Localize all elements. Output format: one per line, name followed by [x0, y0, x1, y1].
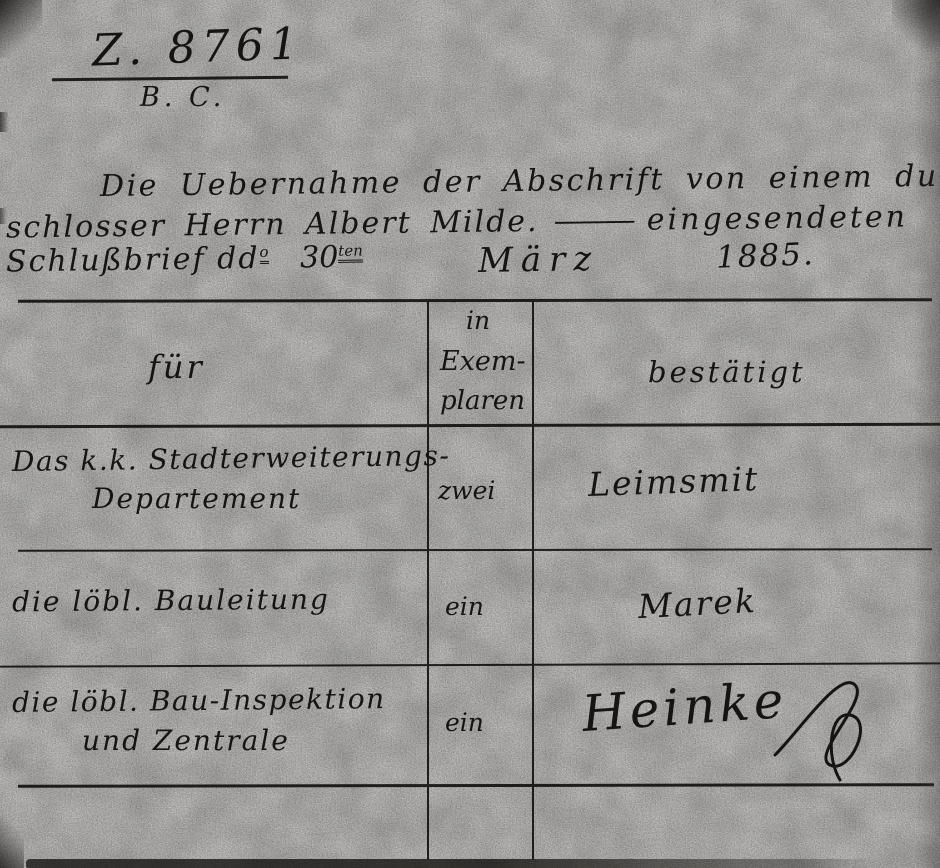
scanned-document-page: Z. 8761 B. C. Die Uebernahme der Abschri…	[0, 0, 940, 868]
row3-signature: Heinke	[580, 671, 789, 743]
table-header-copies-line2: Exem-	[440, 346, 526, 377]
date-month: März	[478, 239, 600, 281]
row2-recipient-line1: die löbl. Bauleitung	[12, 583, 330, 619]
date-label-superscript: o	[259, 243, 268, 264]
row3-recipient-line1: die löbl. Bau-Inspektion	[12, 682, 386, 719]
table-header-recipient: für	[148, 348, 205, 386]
row1-recipient-line2: Departement	[92, 482, 301, 515]
date-day: 30	[300, 240, 339, 276]
row3-recipient-line2: und Zentrale	[82, 724, 290, 757]
paragraph-line-2-end: eingesendeten	[647, 199, 909, 237]
table-row1-bottom-border	[18, 548, 932, 552]
paragraph-line-2-dash: ———	[553, 203, 631, 239]
reference-underline	[52, 76, 288, 81]
row3-copies: ein	[445, 708, 484, 737]
row2-copies: ein	[445, 592, 484, 621]
table-vertical-divider-right	[532, 300, 534, 860]
date-label: Schlußbrief dd	[6, 241, 260, 280]
paragraph-line-1: Die Uebernahme der Abschrift von einem d…	[100, 157, 940, 204]
table-header-copies-line1: in	[466, 306, 490, 335]
table-header-bottom-border	[0, 423, 940, 428]
table-row2-bottom-border	[0, 662, 940, 667]
reference-sub: B. C.	[140, 82, 225, 113]
scan-artifact-top-left	[0, 0, 42, 58]
row1-recipient-line1: Das k.k. Stadterweiterungs-	[12, 439, 451, 478]
table-top-border	[18, 298, 932, 303]
scan-artifact-bottom-band	[26, 859, 882, 868]
scan-artifact-left-mark-1	[0, 112, 9, 132]
row1-copies: zwei	[438, 476, 495, 505]
table-header-confirmed: bestätigt	[648, 355, 806, 389]
table-bottom-border	[18, 783, 934, 788]
row1-signature: Leimsmit	[587, 459, 760, 504]
row2-signature: Marek	[637, 581, 758, 626]
paragraph-line-3: Schlußbrief ddo 30ten	[6, 240, 363, 280]
paragraph-line-2-start: schlosser Herrn Albert Milde.	[6, 204, 539, 246]
table-header-copies-line3: plaren	[440, 386, 525, 416]
scan-artifact-bottom-left	[0, 816, 24, 868]
scan-artifact-right-shade	[914, 0, 940, 868]
reference-number: Z. 8761	[91, 18, 304, 76]
scan-artifact-top-right	[892, 0, 940, 55]
date-day-superscript: ten	[338, 242, 363, 263]
table-vertical-divider-left	[427, 300, 429, 860]
date-year: 1885.	[715, 236, 815, 275]
